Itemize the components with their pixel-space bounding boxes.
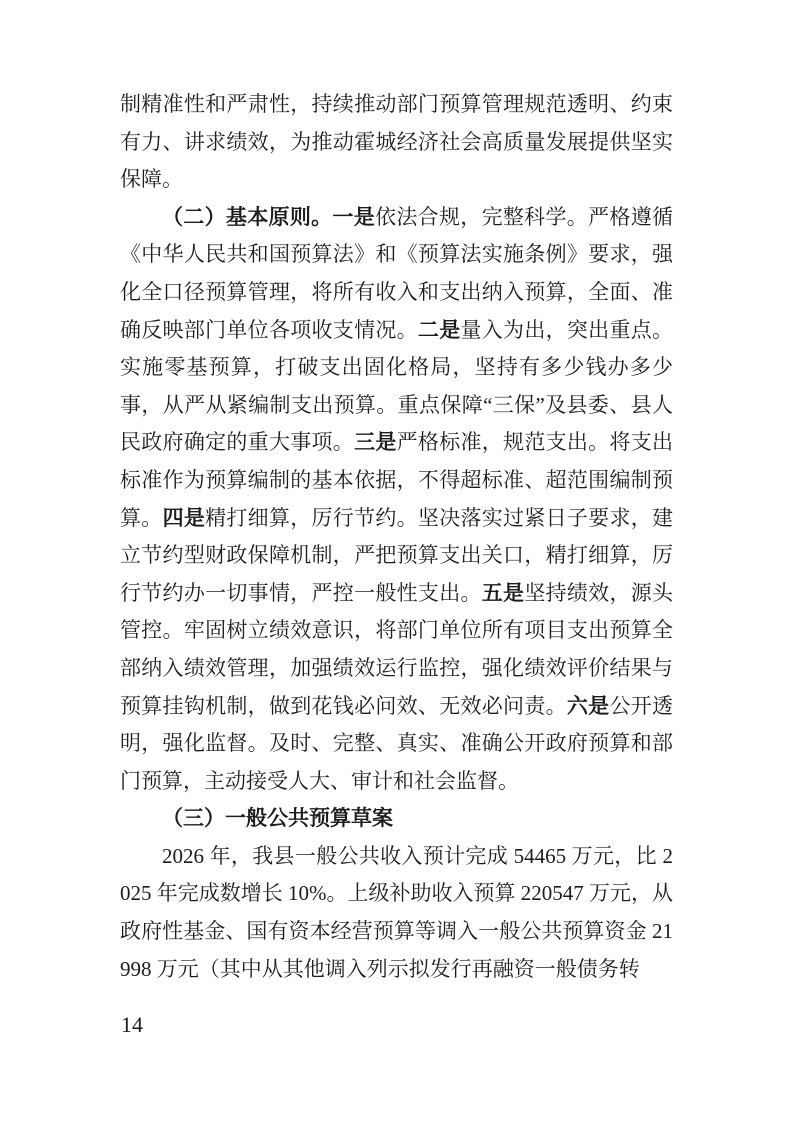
document-body: 制精准性和严肃性，持续推动部门预算管理规范透明、约束有力、讲求绩效，为推动霍城经… (120, 86, 673, 988)
text-segment: 制精准性和严肃性，持续推动部门预算管理规范透明、约束有力、讲求绩效，为推动霍城经… (120, 92, 673, 191)
text-segment: 二是 (418, 318, 461, 342)
para-continuation: 制精准性和严肃性，持续推动部门预算管理规范透明、约束有力、讲求绩效，为推动霍城经… (120, 86, 673, 199)
text-segment: （三）一般公共预算草案 (162, 806, 393, 830)
page-number: 14 (121, 1010, 143, 1040)
document-page: 制精准性和严肃性，持续推动部门预算管理规范透明、约束有力、讲求绩效，为推动霍城经… (0, 0, 793, 1122)
heading-general-public-budget-draft: （三）一般公共预算草案 (120, 800, 673, 838)
text-segment: 五是 (482, 581, 525, 605)
text-segment: 2026 年，我县一般公共收入预计完成 54465 万元，比 2025 年完成数… (120, 844, 673, 981)
text-segment: 三是 (354, 430, 397, 454)
text-segment: 四是 (163, 506, 206, 530)
text-segment: （二）基本原则。一是 (162, 205, 375, 229)
para-basic-principles: （二）基本原则。一是依法合规，完整科学。严格遵循《中华人民共和国预算法》和《预算… (120, 199, 673, 801)
text-segment: 六是 (567, 694, 610, 718)
para-budget-figures: 2026 年，我县一般公共收入预计完成 54465 万元，比 2025 年完成数… (120, 838, 673, 988)
